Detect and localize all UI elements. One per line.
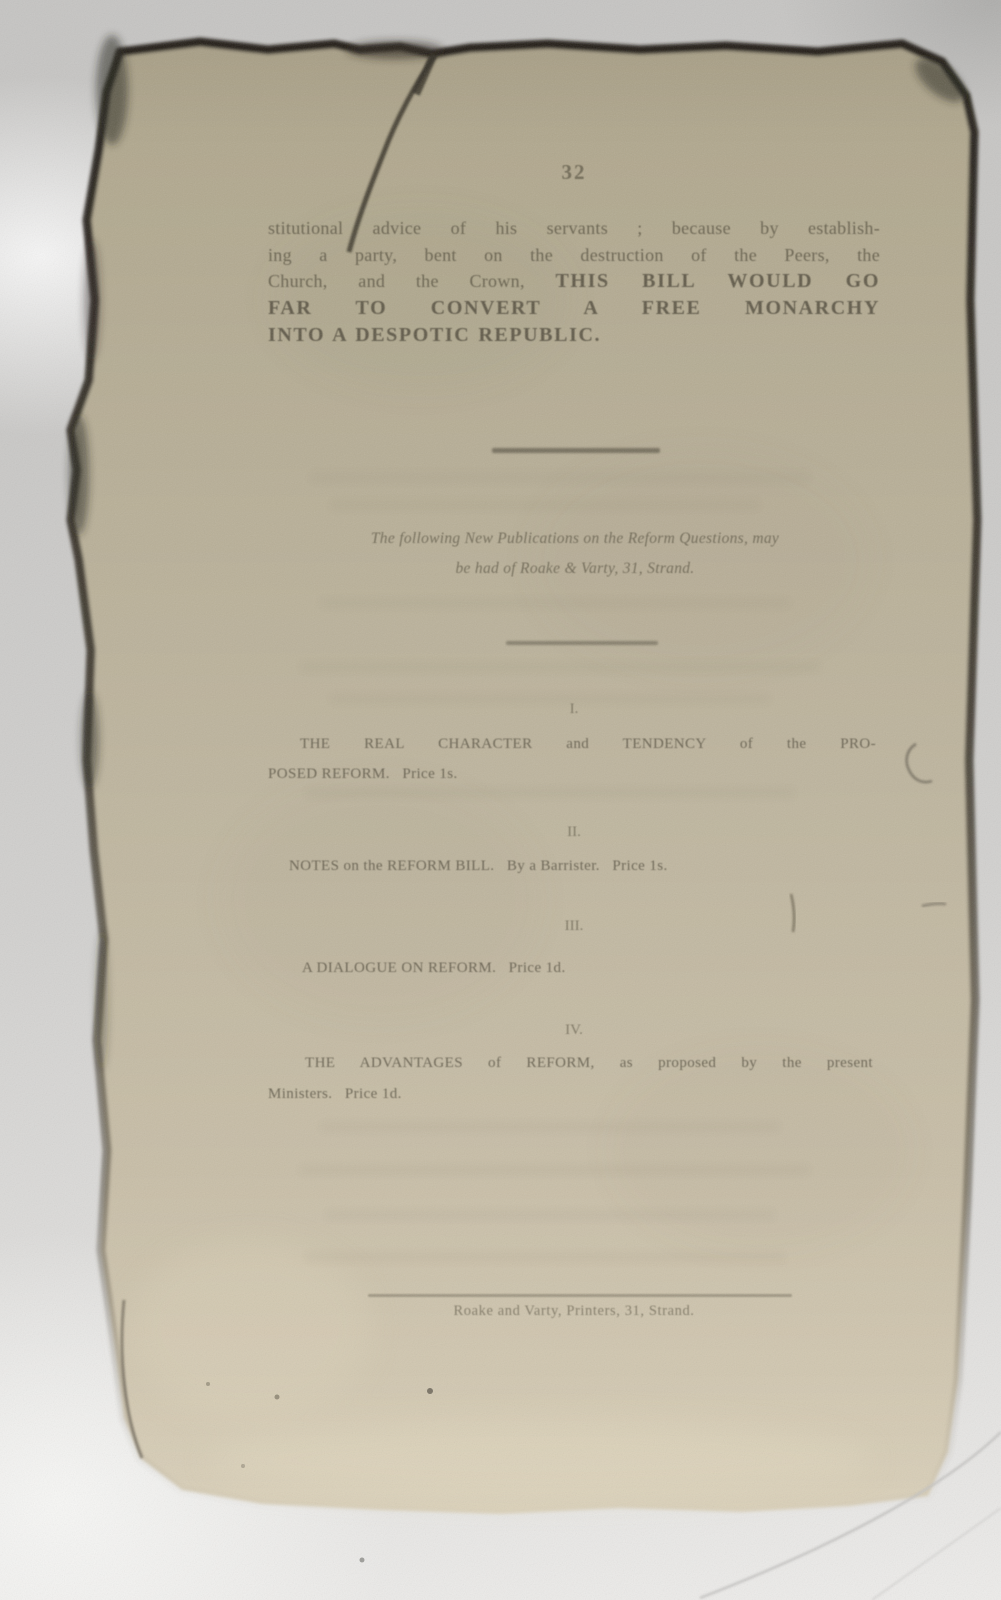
publication-3-line-1: A DIALOGUE ON REFORM. Price 1d. [302, 960, 566, 977]
show-through-smudge [310, 472, 810, 483]
paragraph-line-4: FAR TO CONVERT A FREE MONARCHY [268, 295, 880, 321]
show-through-smudge [305, 788, 795, 798]
show-through-smudge [300, 1165, 810, 1175]
section-divider-rule-2 [506, 641, 658, 645]
publication-4-line-1: THE ADVANTAGES of REFORM, as proposed by… [305, 1055, 873, 1072]
paragraph-line-2: ing a party, bent on the destruction of … [268, 242, 880, 268]
publication-4-numeral: IV. [268, 1022, 880, 1039]
section-divider-rule-1 [492, 448, 660, 453]
show-through-smudge [305, 1252, 785, 1262]
show-through-smudge [320, 1122, 780, 1132]
publication-2-line-1: NOTES on the REFORM BILL. By a Barrister… [289, 858, 668, 875]
page-number: 32 [268, 160, 880, 185]
publication-2-numeral: II. [268, 824, 880, 841]
show-through-smudge [325, 1210, 775, 1220]
notice-line-2: be had of Roake & Varty, 31, Strand. [180, 560, 970, 578]
surface-crease-2 [872, 1508, 1001, 1600]
publication-4-line-2: Ministers. Price 1d. [268, 1086, 402, 1103]
printer-imprint: Roake and Varty, Printers, 31, Strand. [268, 1303, 880, 1320]
imprint-rule [368, 1294, 792, 1297]
paragraph-line-3: Church, and the Crown, THIS BILL WOULD G… [268, 268, 880, 294]
publication-1-line-1: THE REAL CHARACTER and TENDENCY of the P… [300, 736, 876, 753]
paragraph-line-3-caps: THIS BILL WOULD GO [555, 270, 880, 292]
publication-1-line-2: POSED REFORM. Price 1s. [268, 766, 458, 783]
photograph-of-pamphlet-page: 32 stitutional advice of his servants ; … [0, 0, 1001, 1600]
notice-line-1: The following New Publications on the Re… [180, 530, 970, 548]
show-through-smudge [320, 598, 790, 608]
show-through-smudge [330, 500, 760, 510]
paragraph-line-1: stitutional advice of his servants ; bec… [268, 215, 880, 241]
paragraph-line-5: INTO A DESPOTIC REPUBLIC. [268, 322, 880, 348]
paragraph-line-3-regular: Church, and the Crown, [268, 271, 555, 291]
show-through-smudge [300, 662, 820, 672]
publication-3-numeral: III. [268, 918, 880, 935]
publication-1-numeral: I. [268, 701, 880, 718]
